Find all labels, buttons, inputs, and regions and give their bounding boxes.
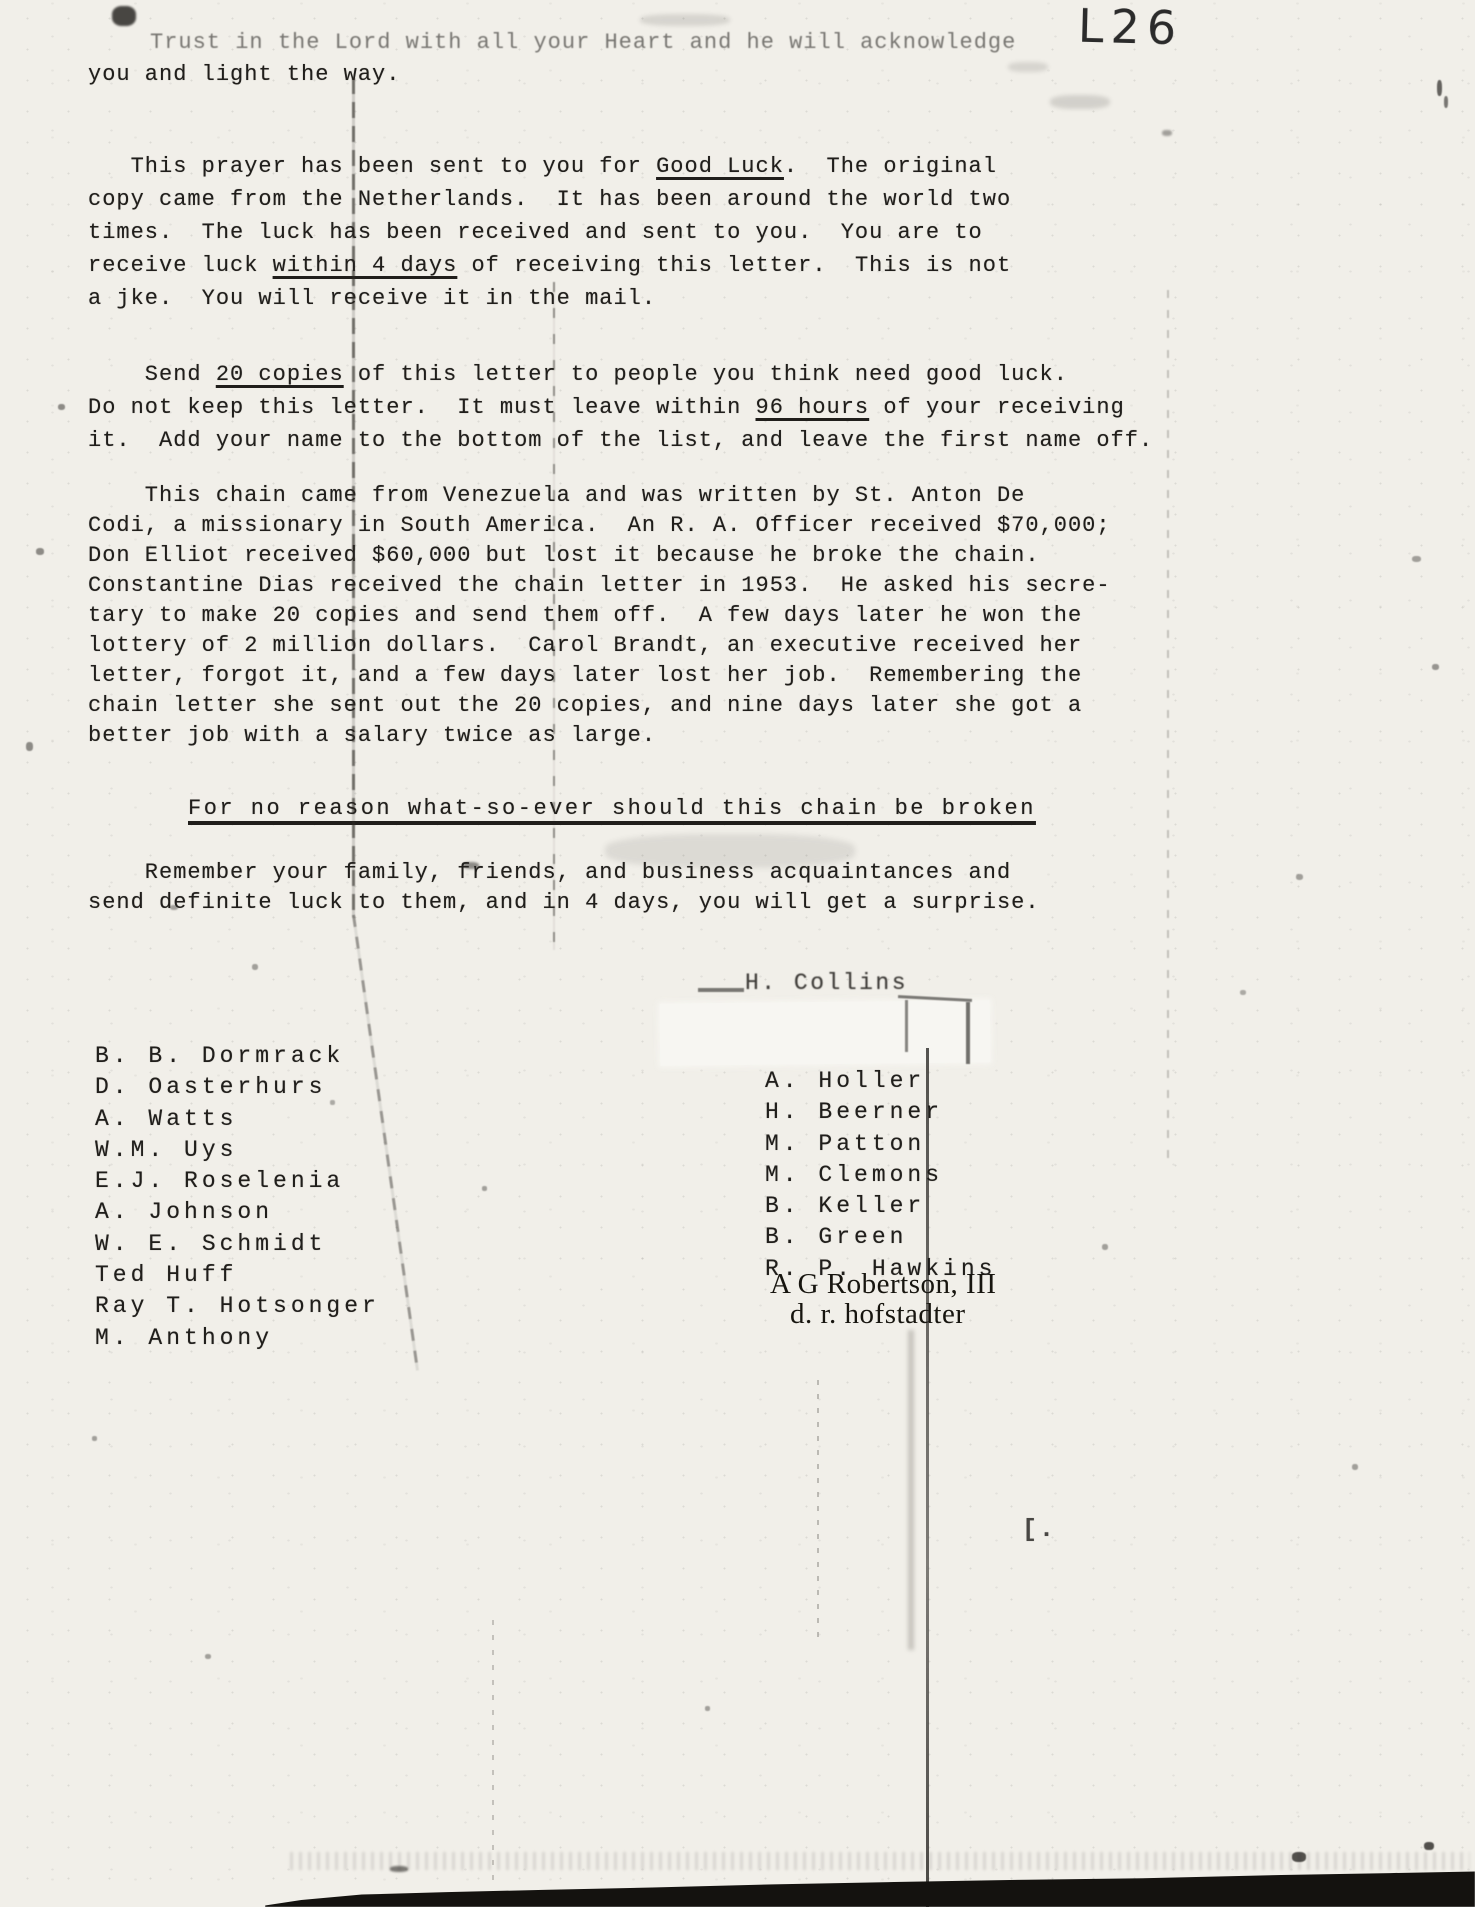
paper-speck xyxy=(705,1706,710,1711)
text-line: Codi, a missionary in South America. An … xyxy=(88,511,1111,541)
signature-name: H. Collins xyxy=(745,970,908,996)
text-line: send definite luck to them, and in 4 day… xyxy=(88,888,1040,918)
text-line: tary to make 20 copies and send them off… xyxy=(88,601,1111,631)
paper-speck xyxy=(26,742,33,751)
paper-speck xyxy=(1050,95,1110,109)
paper-speck xyxy=(205,1654,211,1659)
list-item-name: E.J. Roselenia xyxy=(95,1166,380,1197)
list-item-name: H. Beerner xyxy=(765,1097,996,1128)
fold-crease-faint-2 xyxy=(492,1620,494,1885)
paper-speck xyxy=(1444,96,1448,108)
header-line-2: you and light the way. xyxy=(88,62,400,87)
pasted-slip-patch xyxy=(660,1000,991,1065)
paper-speck xyxy=(252,964,258,970)
list-item-name: M. Anthony xyxy=(95,1323,380,1354)
fold-crease-lower-smudge xyxy=(908,1330,914,1650)
list-item-name: B. Keller xyxy=(765,1191,996,1222)
text-line: Do not keep this letter. It must leave w… xyxy=(88,391,1153,424)
text-line: lottery of 2 million dollars. Carol Bran… xyxy=(88,631,1111,661)
text-line: better job with a salary twice as large. xyxy=(88,721,1111,751)
paper-speck xyxy=(1296,874,1303,880)
signature-dash-mark xyxy=(698,988,744,992)
text-line: it. Add your name to the bottom of the l… xyxy=(88,424,1153,457)
list-item-name: Ray T. Hotsonger xyxy=(95,1291,380,1322)
added-name-hofstadter: d. r. hofstadter xyxy=(790,1298,966,1331)
added-name-robertson: A G Robertson, III xyxy=(770,1268,996,1301)
paper-speck xyxy=(1008,62,1048,72)
text-line: a jke. You will receive it in the mail. xyxy=(88,282,1011,315)
paper-speck xyxy=(482,1186,487,1191)
text-line: For no reason what-so-ever should this c… xyxy=(188,796,1036,821)
paragraph-prayer: This prayer has been sent to you for Goo… xyxy=(88,150,1011,315)
paper-speck xyxy=(1240,990,1246,995)
text-line: receive luck within 4 days of receiving … xyxy=(88,249,1011,282)
paragraph-remember-family: Remember your family, friends, and busin… xyxy=(88,858,1040,918)
paper-speck xyxy=(1432,664,1439,670)
paper-speck xyxy=(1162,130,1172,136)
list-item-name: M. Patton xyxy=(765,1129,996,1160)
heading-do-not-break-chain: For no reason what-so-ever should this c… xyxy=(188,796,1036,821)
list-item-name: Ted Huff xyxy=(95,1260,380,1291)
paper-speck xyxy=(58,404,65,410)
list-item-name: B. B. Dormrack xyxy=(95,1041,380,1072)
list-item-name: A. Watts xyxy=(95,1104,380,1135)
text-line: times. The luck has been received and se… xyxy=(88,216,1011,249)
bottom-scan-band xyxy=(265,1868,1475,1907)
paper-speck xyxy=(640,14,730,26)
text-line: letter, forgot it, and a few days later … xyxy=(88,661,1111,691)
names-column-right: A. HollerH. BeernerM. PattonM. ClemonsB.… xyxy=(765,1066,996,1285)
stray-bracket-mark: [. xyxy=(1022,1515,1056,1544)
paper-speck xyxy=(1102,1244,1108,1250)
scanned-chain-letter-page: L26 Trust in the Lord with all your Hear… xyxy=(0,0,1475,1907)
paragraph-send-copies: Send 20 copies of this letter to people … xyxy=(88,358,1153,457)
list-item-name: D. Oasterhurs xyxy=(95,1072,380,1103)
text-line: Send 20 copies of this letter to people … xyxy=(88,358,1153,391)
paper-speck xyxy=(112,6,136,26)
paper-speck xyxy=(1437,80,1442,96)
list-item-name: A. Holler xyxy=(765,1066,996,1097)
names-column-left: B. B. DormrackD. OasterhursA. WattsW.M. … xyxy=(95,1041,380,1354)
list-item-name: W.M. Uys xyxy=(95,1135,380,1166)
list-item-name: W. E. Schmidt xyxy=(95,1229,380,1260)
text-line: Don Elliot received $60,000 but lost it … xyxy=(88,541,1111,571)
text-line: Constantine Dias received the chain lett… xyxy=(88,571,1111,601)
text-line: This chain came from Venezuela and was w… xyxy=(88,481,1111,511)
corner-mark: L26 xyxy=(1077,0,1184,55)
paper-speck xyxy=(92,1436,97,1441)
fold-crease-right xyxy=(1167,290,1169,1160)
text-line: This prayer has been sent to you for Goo… xyxy=(88,150,1011,183)
text-line: Remember your family, friends, and busin… xyxy=(88,858,1040,888)
bottom-edge-haze xyxy=(290,1852,1470,1870)
paper-speck xyxy=(36,548,44,555)
paper-speck xyxy=(1352,1464,1358,1470)
header-line-1: Trust in the Lord with all your Heart an… xyxy=(150,30,1016,55)
fold-crease-faint-1 xyxy=(817,1380,819,1640)
paragraph-chain-history: This chain came from Venezuela and was w… xyxy=(88,481,1111,751)
text-line: copy came from the Netherlands. It has b… xyxy=(88,183,1011,216)
list-item-name: A. Johnson xyxy=(95,1197,380,1228)
text-line: chain letter she sent out the 20 copies,… xyxy=(88,691,1111,721)
paper-speck xyxy=(1412,556,1421,562)
paper-speck xyxy=(1424,1842,1434,1850)
list-item-name: B. Green xyxy=(765,1222,996,1253)
list-item-name: M. Clemons xyxy=(765,1160,996,1191)
